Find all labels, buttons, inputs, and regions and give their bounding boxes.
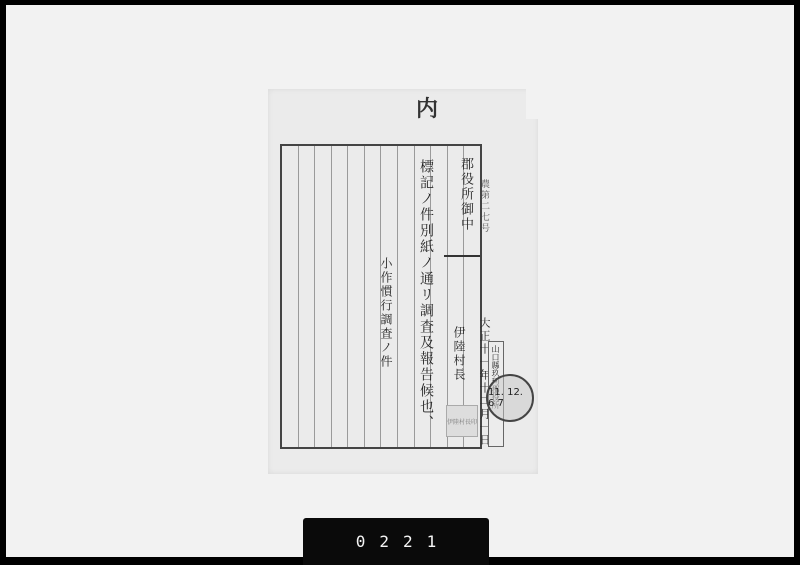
postmark-stamp: 11. 12. 6 7	[486, 374, 534, 422]
body-line: 標記ノ件別紙ノ通リ調査及報告候也、	[416, 159, 436, 431]
frame-number: 0221	[356, 532, 451, 551]
sender: 伊陸村長	[451, 326, 468, 382]
subject-line: 小作慣行調査ノ件	[378, 257, 395, 369]
classification-mark: 内	[416, 92, 438, 123]
addressee: 郡役所御中	[456, 157, 475, 232]
divider-mark	[444, 255, 480, 257]
reference-number: 農第二七号	[478, 179, 491, 234]
film-frame-counter: 0221	[303, 518, 489, 565]
seal-text: 伊陸村長印	[447, 417, 477, 426]
seal-stamp: 伊陸村長印	[446, 405, 478, 437]
postmark-date: 11. 12. 6 7	[488, 387, 532, 409]
document-page: 内 農第二七号 郡役所御中 標記ノ件別紙ノ通リ調査及報告候也、 小作慣行調査ノ件…	[268, 89, 538, 474]
